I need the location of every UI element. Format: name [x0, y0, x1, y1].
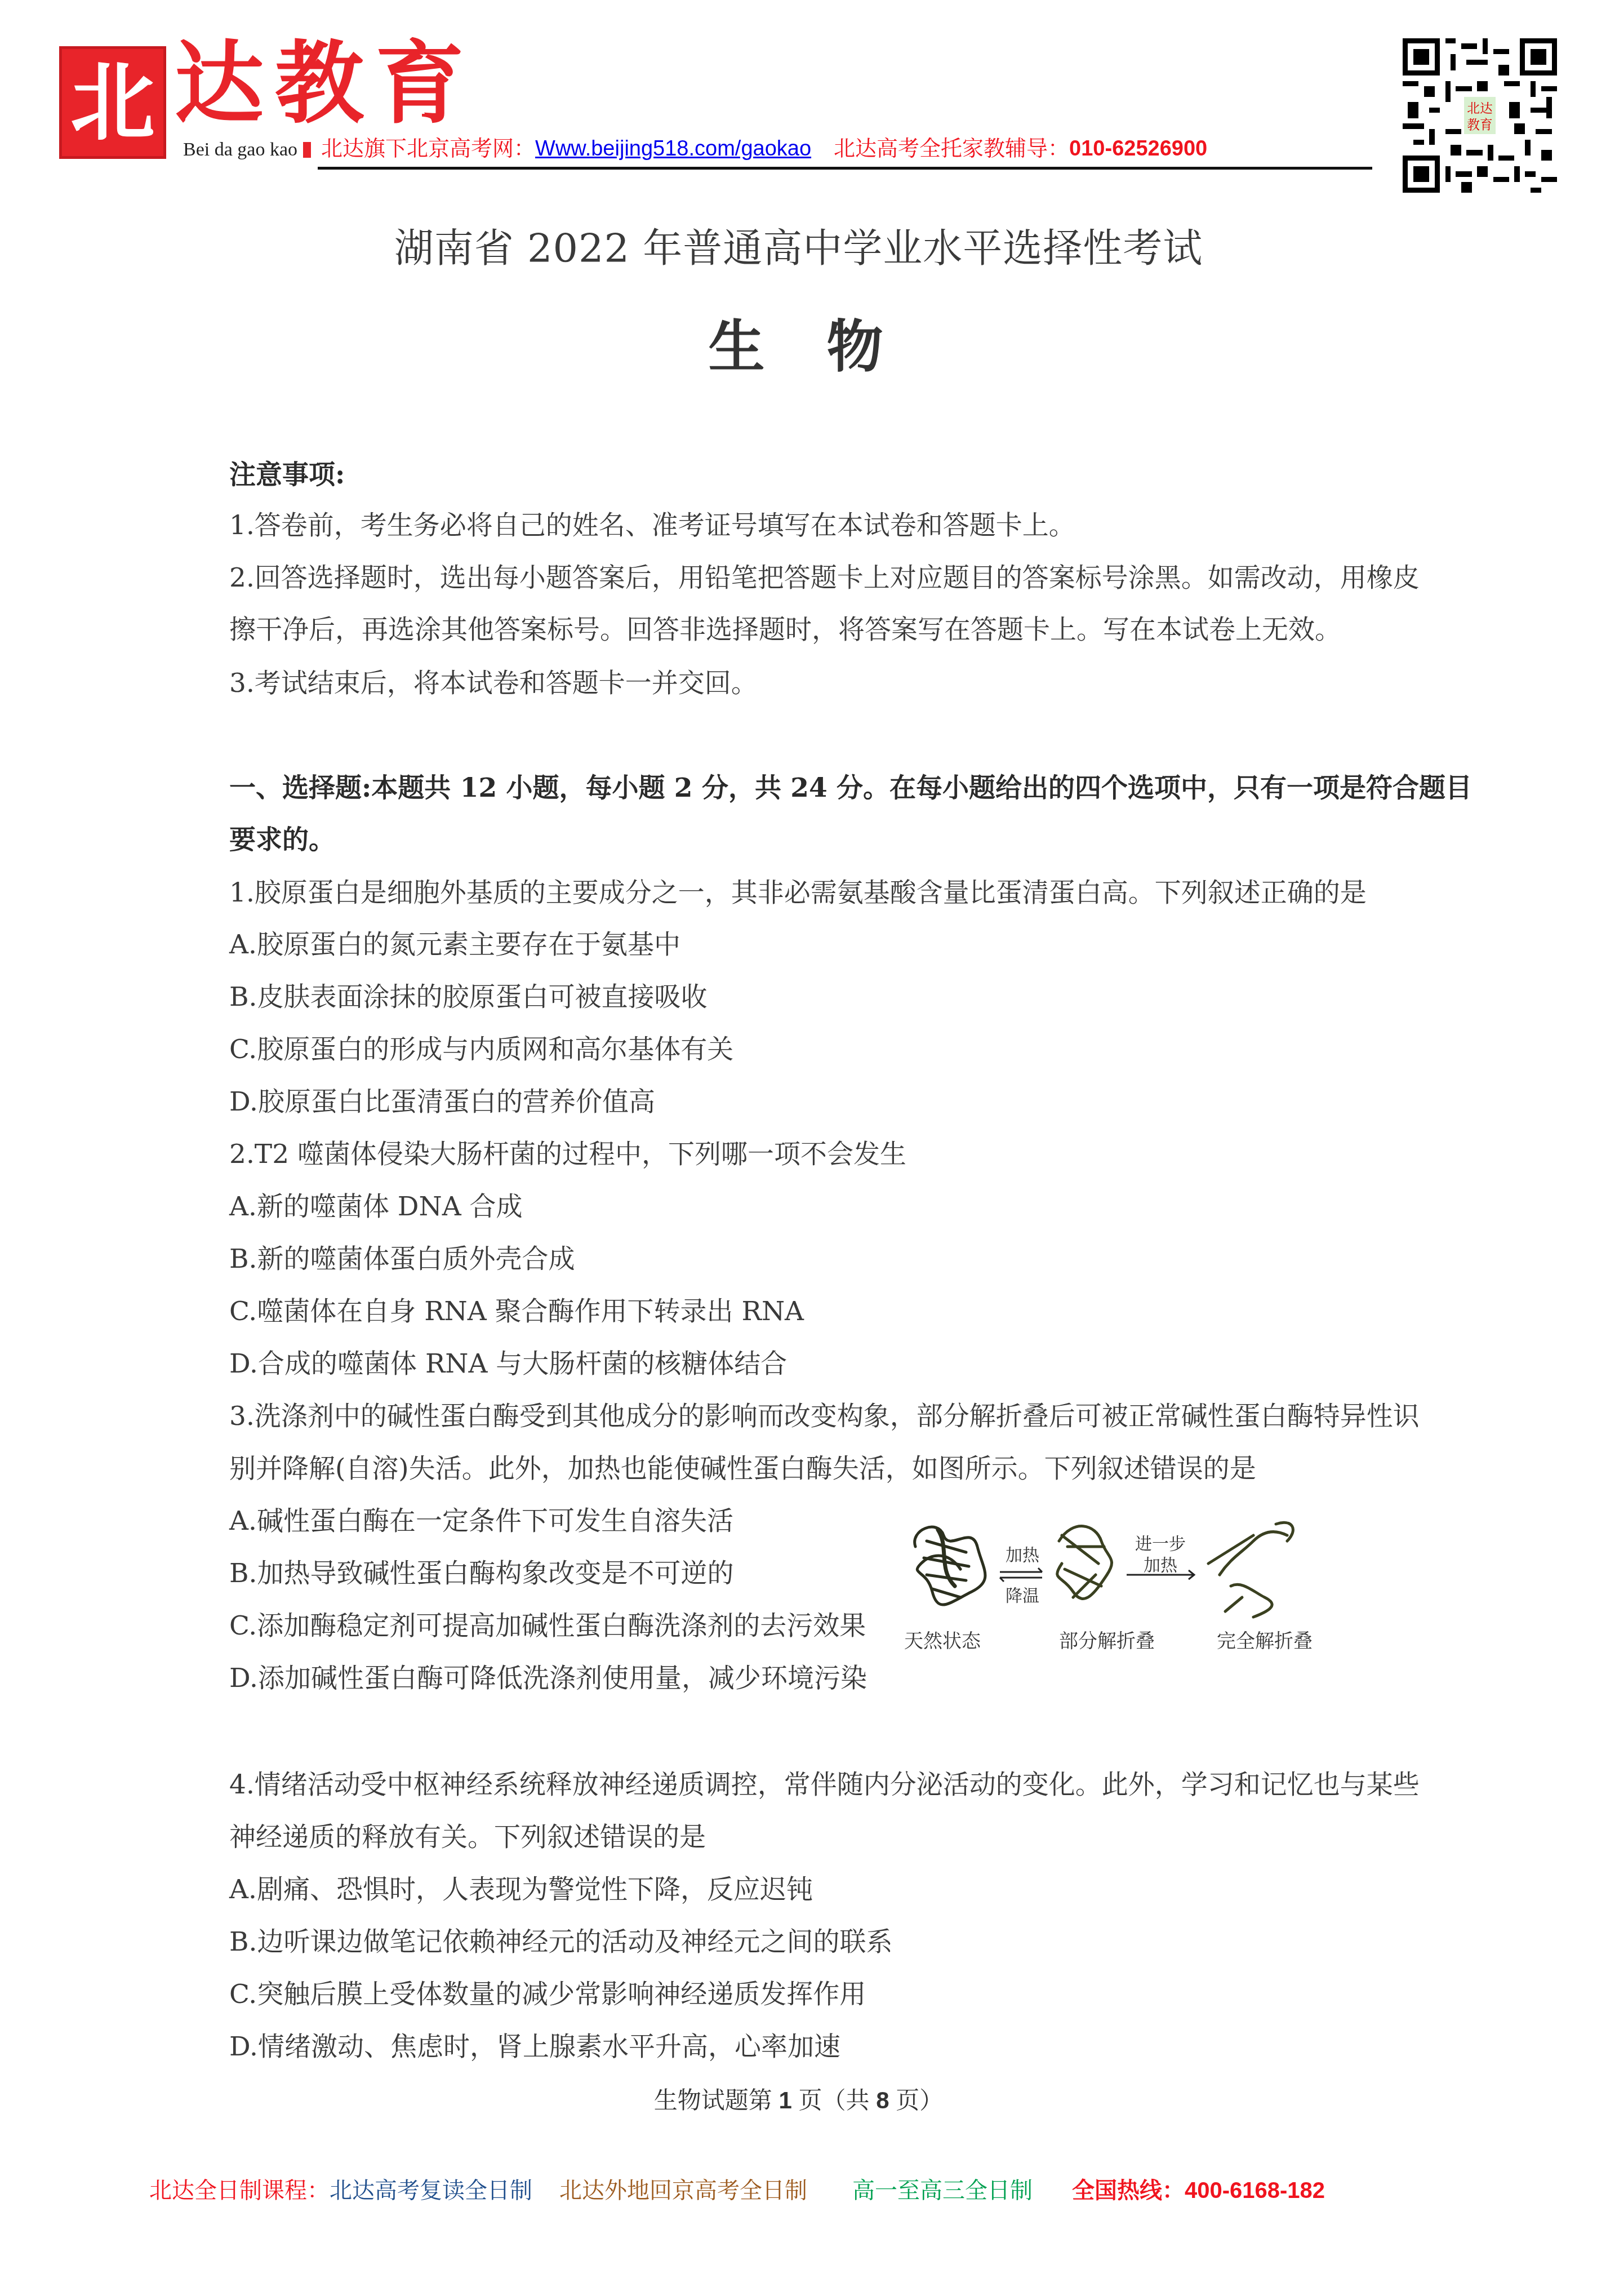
question-4-stem: 4.情绪活动受中枢神经系统释放神经递质调控，常伴随内分泌活动的变化。此外，学习和… [229, 1768, 1420, 1802]
q2-option-c: C.噬菌体在自身 RNA 聚合酶作用下转录出 RNA [229, 1295, 804, 1329]
arrow-heat-label: 加热 [1006, 1541, 1039, 1566]
q2-option-b: B.新的噬菌体蛋白质外壳合成 [229, 1242, 575, 1276]
header-divider [318, 167, 1372, 170]
notice-line: 1.答卷前，考生务必将自己的姓名、准考证号填写在本试卷和答题卡上。 [229, 509, 1075, 543]
tutoring-phone: 010-62526900 [1069, 137, 1207, 161]
protein-structure-icon [904, 1513, 1321, 1626]
q3-option-d: D.添加碱性蛋白酶可降低洗涤剂使用量，减少环境污染 [229, 1662, 867, 1695]
svg-text:教育: 教育 [1467, 118, 1492, 132]
page-total: 8 [876, 2087, 889, 2113]
page-prefix: 生物试题第 [654, 2087, 772, 2113]
hotline-number: 400-6168-182 [1185, 2178, 1325, 2203]
logo-char: 北 [70, 60, 155, 145]
banner-course-3: 高一至高三全日制 [852, 2178, 1033, 2203]
q4-option-a: A.剧痛、恐惧时，人表现为警觉性下降，反应迟钝 [229, 1873, 813, 1907]
promo-banner: 北达全日制课程：北达高考复读全日制北达外地回京高考全日制高一至高三全日制全国热线… [149, 2174, 1352, 2208]
brand-logo-mark: 北 [59, 46, 166, 159]
subject-title: 生物 [0, 301, 1597, 383]
question-1-stem: 1.胶原蛋白是细胞外基质的主要成分之一，其非必需氨基酸含量比蛋清蛋白高。下列叙述… [229, 876, 1367, 910]
question-2-stem: 2.T2 噬菌体侵染大肠杆菌的过程中，下列哪一项不会发生 [229, 1138, 906, 1171]
banner-label: 北达全日制课程： [149, 2178, 330, 2203]
q1-option-c: C.胶原蛋白的形成与内质网和高尔基体有关 [229, 1033, 733, 1067]
header-info-bar: Bei da gao kao北达旗下北京高考网：Www.beijing518.c… [183, 135, 1207, 163]
q4-option-b: B.边听课边做笔记依赖神经元的活动及神经元之间的联系 [229, 1925, 892, 1959]
arrow-cool-label: 降温 [1006, 1582, 1039, 1606]
banner-course-1: 北达高考复读全日制 [330, 2178, 532, 2203]
q3-option-a: A.碱性蛋白酶在一定条件下可发生自溶失活 [229, 1504, 733, 1538]
page-current: 1 [779, 2087, 791, 2113]
notice-line: 擦干净后，再选涂其他答案标号。回答非选择题时，将答案写在答题卡上。写在本试卷上无… [229, 613, 1341, 647]
svg-text:北达: 北达 [1467, 101, 1493, 116]
q3-option-c: C.添加酶稳定剂可提高加碱性蛋白酶洗涤剂的去污效果 [229, 1609, 866, 1643]
logo-subtitle: Bei da gao kao [183, 139, 297, 160]
question-3-stem: 3.洗涤剂中的碱性蛋白酶受到其他成分的影响而改变构象，部分解折叠后可被正常碱性蛋… [229, 1400, 1420, 1433]
tutoring-label: 北达高考全托家教辅导： [834, 137, 1069, 161]
brand-logo-text: 达教育 [175, 39, 475, 128]
state-native-label: 天然状态 [904, 1626, 981, 1653]
banner-course-2: 北达外地回京高考全日制 [559, 2178, 807, 2203]
site-link[interactable]: Www.beijing518.com/gaokao [535, 137, 811, 161]
q4-option-d: D.情绪激动、焦虑时，肾上腺素水平升高，心率加速 [229, 2030, 840, 2064]
page-middle: 页（共 [798, 2087, 869, 2113]
q2-option-a: A.新的噬菌体 DNA 合成 [229, 1190, 523, 1224]
notice-line: 2.回答选择题时，选出每小题答案后，用铅笔把答题卡上对应题目的答案标号涂黑。如需… [229, 561, 1420, 595]
q1-option-b: B.皮肤表面涂抹的胶原蛋白可被直接吸收 [229, 980, 707, 1014]
notice-line: 3.考试结束后，将本试卷和答题卡一并交回。 [229, 667, 758, 700]
page-number: 生物试题第 1 页（共 8 页） [0, 2082, 1597, 2116]
qr-code-icon: 北达 教育 [1402, 38, 1558, 193]
protein-unfolding-figure: 加热 降温 进一步 加热 天然状态 部分解折叠 完全解折叠 [904, 1513, 1321, 1659]
exam-title: 湖南省 2022 年普通高中学业水平选择性考试 [0, 217, 1597, 274]
state-partial-label: 部分解折叠 [1059, 1626, 1155, 1653]
section-heading: 一、选择题:本题共 12 小题，每小题 2 分，共 24 分。在每小题给出的四个… [229, 771, 1472, 805]
arrow-further-heat-label: 加热 [1144, 1551, 1177, 1576]
red-square-icon [303, 142, 311, 158]
question-3-stem-cont: 别并降解(自溶)失活。此外，加热也能使碱性蛋白酶失活，如图所示。下列叙述错误的是 [229, 1452, 1256, 1486]
q1-option-a: A.胶原蛋白的氮元素主要存在于氨基中 [229, 928, 680, 962]
hotline-label: 全国热线： [1072, 2178, 1185, 2203]
q4-option-c: C.突触后膜上受体数量的减少常影响神经递质发挥作用 [229, 1978, 866, 2011]
q1-option-d: D.胶原蛋白比蛋清蛋白的营养价值高 [229, 1085, 655, 1119]
site-label: 北达旗下北京高考网： [321, 137, 535, 161]
page-suffix: 页） [896, 2087, 943, 2113]
question-4-stem-cont: 神经递质的释放有关。下列叙述错误的是 [229, 1820, 706, 1854]
q2-option-d: D.合成的噬菌体 RNA 与大肠杆菌的核糖体结合 [229, 1347, 787, 1381]
notice-heading: 注意事项: [229, 458, 345, 492]
section-heading-cont: 要求的。 [229, 823, 335, 857]
state-full-label: 完全解折叠 [1217, 1626, 1313, 1653]
q3-option-b: B.加热导致碱性蛋白酶构象改变是不可逆的 [229, 1557, 733, 1591]
